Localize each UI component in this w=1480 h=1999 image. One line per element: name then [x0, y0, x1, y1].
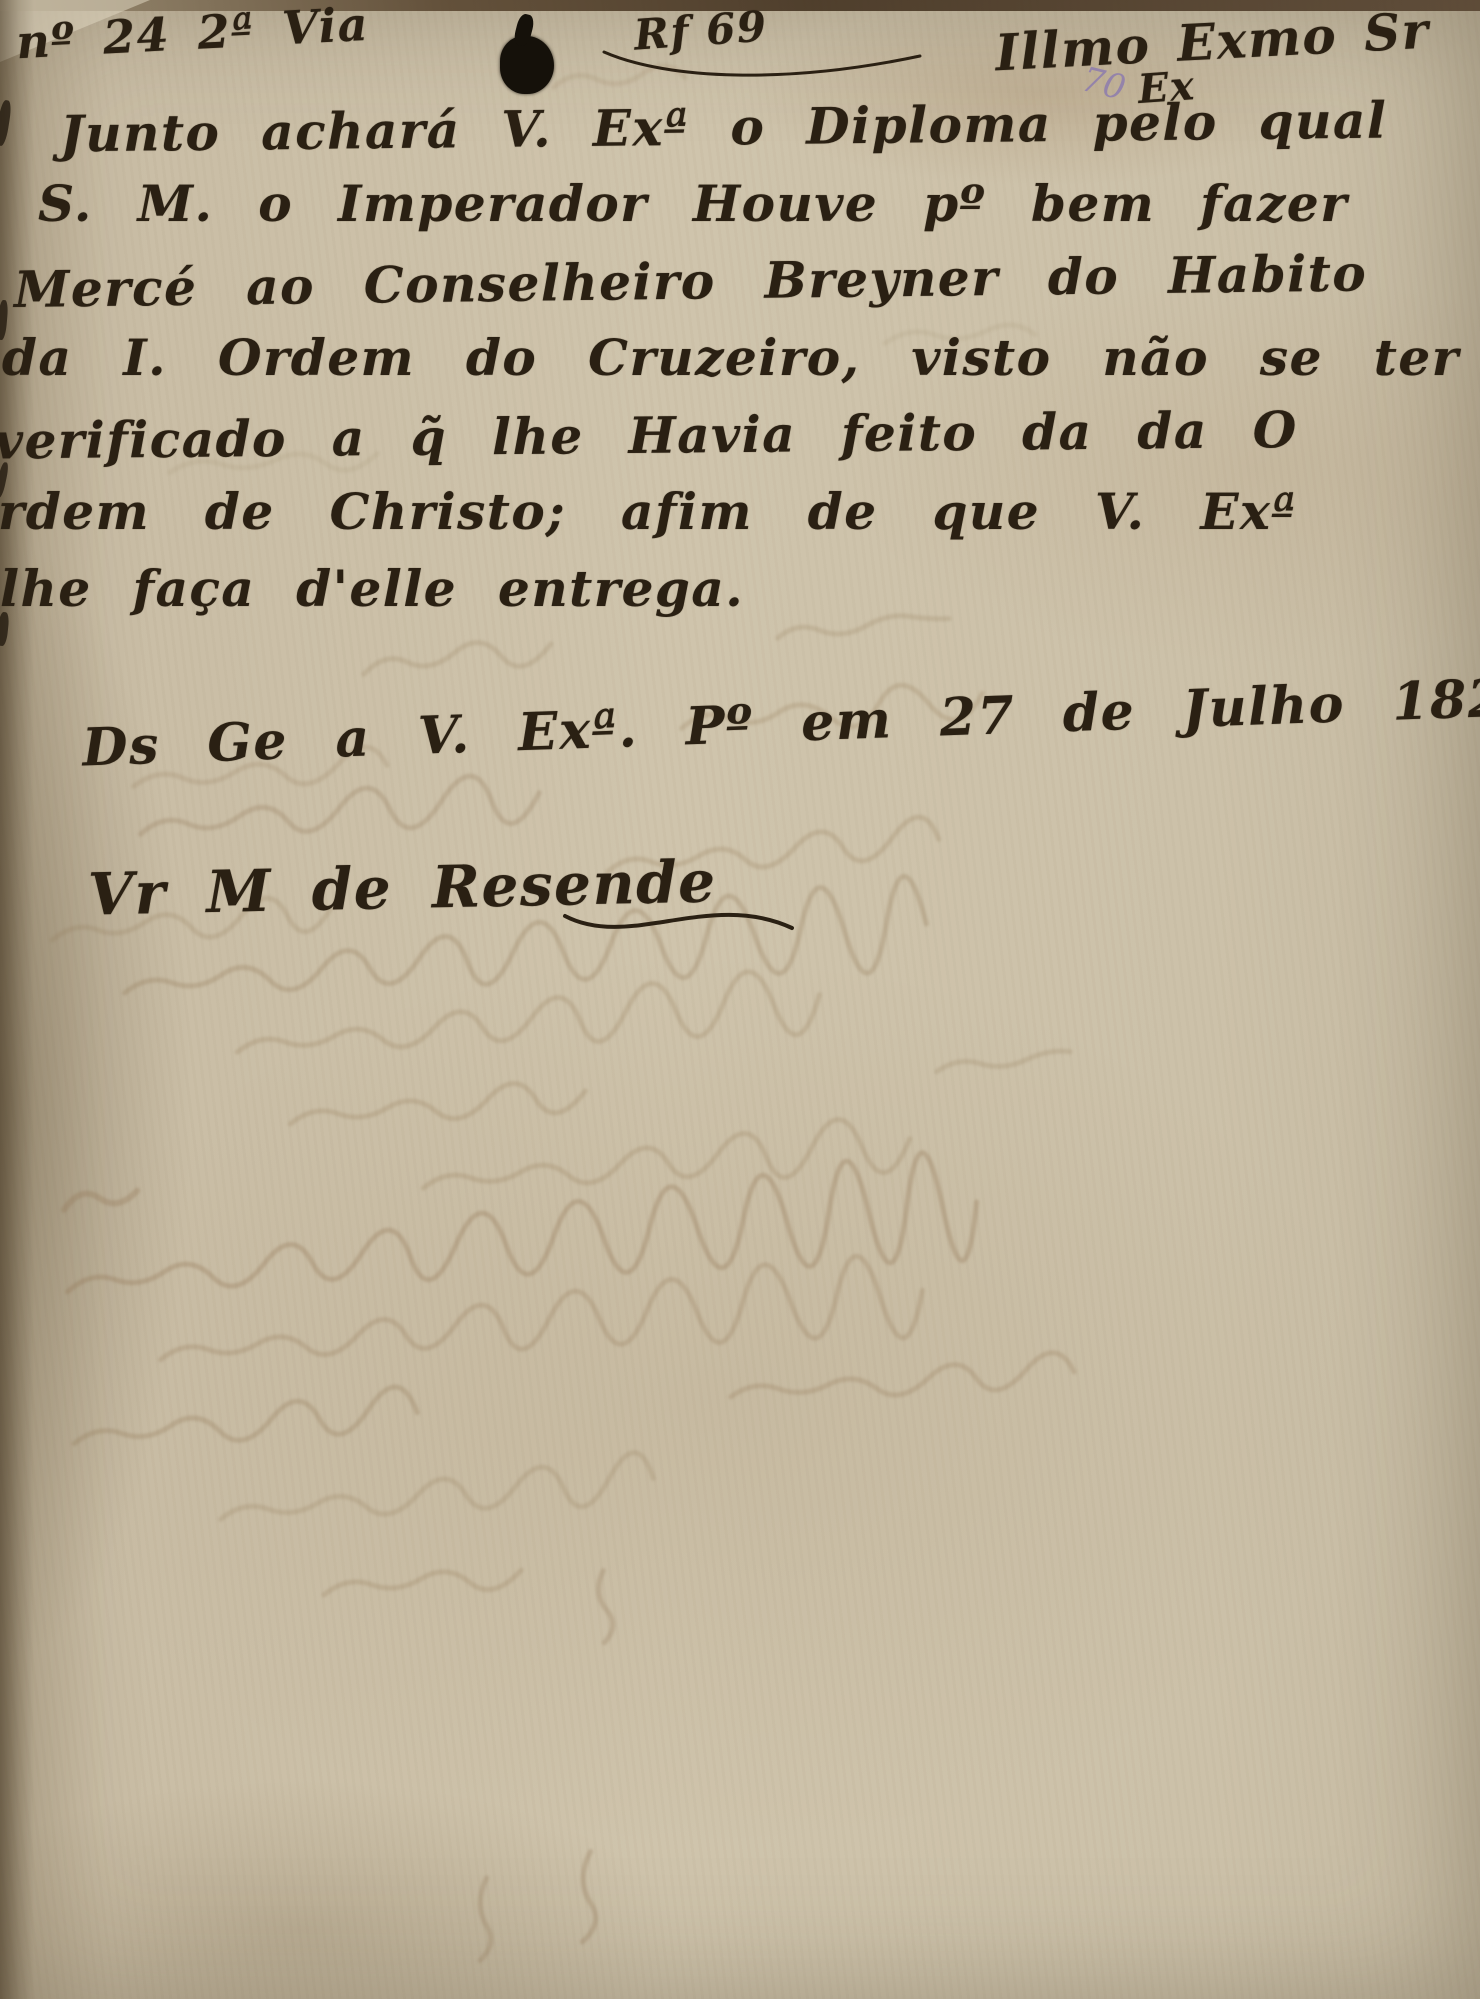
manuscript-line: da I. Ordem do Cruzeiro, visto não se te… [2, 319, 1480, 396]
manuscript-line: Junto achará V. Exª o Diploma pelo qual [60, 81, 1480, 173]
manuscript-line: verificado a q̃ lhe Havia feito da da O [0, 390, 1480, 480]
manuscript-line: lhe faça d'elle entrega. [0, 550, 1480, 627]
manuscript-line: Mercé ao Conselheiro Breyner do Habito [14, 233, 1480, 328]
letter-body: Junto achará V. Exª o Diploma pelo qual … [10, 88, 1480, 627]
reference-annotation: Rf 69 [632, 1, 769, 59]
ink-blot [500, 36, 554, 94]
signature: Vr M de Resende [87, 847, 717, 928]
manuscript-line: S. M. o Imperador Houve pº bem fazer [38, 165, 1480, 242]
manuscript-page: nº 24 2ª Via Rf 69 Illmo Exmo Sr Ex 70 J… [0, 0, 1480, 1999]
manuscript-line: rdem de Christo; afim de que V. Exª [0, 473, 1480, 550]
